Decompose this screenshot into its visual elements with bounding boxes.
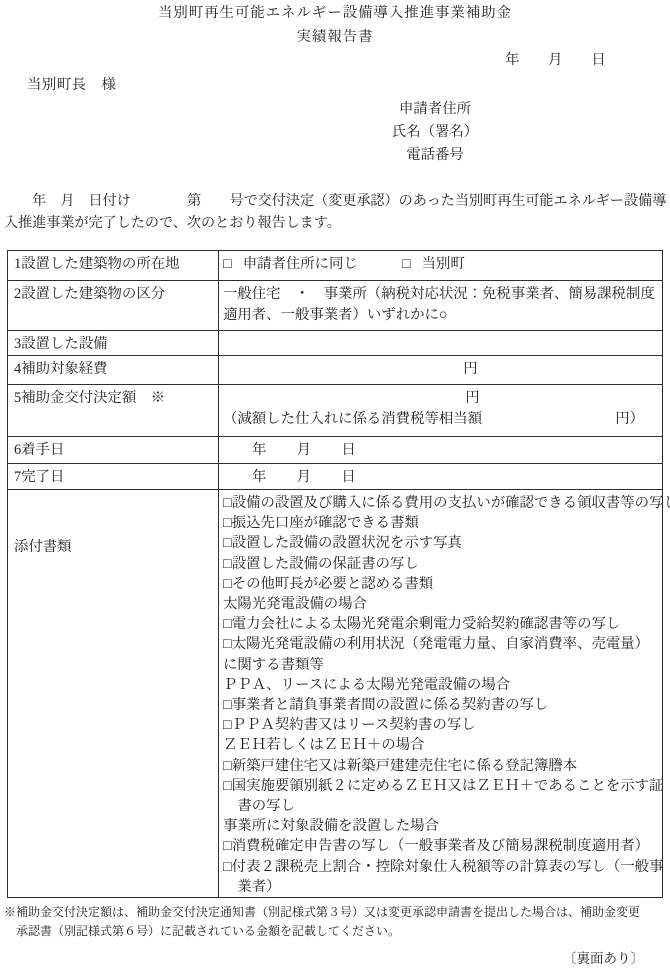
- row-value: □申請者住所に同じ□当別町: [219, 251, 662, 280]
- deduction-yen: 円）: [615, 409, 644, 430]
- row-label: 7完了日: [8, 464, 219, 489]
- row-label: 5補助金交付決定額 ※: [8, 385, 219, 436]
- attachment-line: □設備の設置及び購入に係る費用の支払いが確認できる領収書等の写し: [223, 493, 670, 513]
- table-row-location: 1設置した建築物の所在地 □申請者住所に同じ□当別町: [8, 251, 662, 281]
- applicant-block: 申請者住所 氏名（署名） 電話番号: [320, 98, 550, 167]
- attachment-line: □設置した設備の保証書の写し: [223, 554, 670, 574]
- table-row-grant-amount: 5補助金交付決定額 ※ 円 （減額した仕入れに係る消費税等相当額 円）: [8, 385, 662, 437]
- checkbox-icon: □: [223, 256, 232, 272]
- option-label-same-address: 申請者住所に同じ: [243, 256, 358, 272]
- attachment-line-continuation: 書の写し: [223, 796, 670, 816]
- checkbox-icon: □: [402, 256, 411, 272]
- row-value: 円 （減額した仕入れに係る消費税等相当額 円）: [219, 385, 662, 436]
- date-field: 年 月 日: [505, 50, 606, 71]
- attachment-line: □その他町長が必要と認める書類: [223, 574, 670, 594]
- footnote-line-1: ※補助金交付決定額は、補助金交付決定通知書（別記様式第３号）又は変更承認申請書を…: [4, 903, 668, 922]
- attachment-line: □国実施要領別紙２に定めるＺＥＨ又はＺＥＨ＋であることを示す証: [223, 776, 670, 796]
- applicant-name-label: 氏名（署名）: [320, 121, 550, 144]
- attachment-section-header: ＺＥＨ若しくはＺＥＨ＋の場合: [223, 735, 670, 755]
- addressee-line: 当別町長 様: [27, 75, 116, 96]
- completion-date-field: 年 月 日: [219, 464, 662, 489]
- table-row-attachments: 添付書類 □設備の設置及び購入に係る費用の支払いが確認できる領収書等の写し □振…: [8, 490, 662, 897]
- footnote-line-2: 承認書（別記様式第６号）に記載されている金額を記載してください。: [4, 922, 668, 941]
- attachment-line: □事業者と請負事業者間の設置に係る契約書の写し: [223, 695, 670, 715]
- attachment-line: □太陽光発電設備の利用状況（発電電力量、自家消費率、売電量）: [223, 634, 670, 654]
- deduction-label: （減額した仕入れに係る消費税等相当額: [223, 409, 482, 430]
- table-row-eligible-expense: 4補助対象経費 円: [8, 356, 662, 385]
- body-paragraph: 年 月 日付け 第 号で交付決定（変更承認）のあった当別町再生可能エネルギー設備…: [4, 191, 668, 234]
- attachment-line: □電力会社による太陽光発電余剰電力受給契約確認書等の写し: [223, 614, 670, 634]
- table-row-start-date: 6着手日 年 月 日: [8, 437, 662, 464]
- applicant-address-label: 申請者住所: [320, 98, 550, 121]
- backside-note: 〔裏面あり〕: [563, 948, 644, 969]
- table-row-equipment: 3設置した設備: [8, 331, 662, 356]
- attachment-line: □付表２課税売上割合・控除対象仕入税額等の計算表の写し（一般事: [223, 857, 670, 877]
- body-paragraph-line-1: 年 月 日付け 第 号で交付決定（変更承認）のあった当別町再生可能エネルギー設備…: [4, 191, 668, 213]
- attachment-line: □消費税確定申告書の写し（一般事業者及び簡易課税制度適用者）: [223, 836, 670, 856]
- attachment-line-continuation: 業者）: [223, 877, 670, 897]
- building-class-line-2: 適用者、一般事業者）いずれかに○: [223, 305, 658, 326]
- row-value-yen: 円: [219, 356, 662, 384]
- applicant-phone-label: 電話番号: [320, 144, 550, 167]
- form-subtitle: 実績報告書: [0, 27, 670, 48]
- form-title: 当別町再生可能エネルギー設備導入推進事業補助金: [0, 3, 670, 24]
- attachment-line: □振込先口座が確認できる書類: [223, 513, 670, 533]
- attachments-list: □設備の設置及び購入に係る費用の支払いが確認できる領収書等の写し □振込先口座が…: [219, 490, 670, 897]
- table-row-building-class: 2設置した建築物の区分 一般住宅 ・ 事業所（納税対応状況：免税事業者、簡易課税…: [8, 281, 662, 331]
- option-label-tobetsu: 当別町: [422, 256, 465, 272]
- grant-amount-yen: 円: [223, 388, 658, 409]
- row-label: 3設置した設備: [8, 331, 219, 355]
- attachment-line: □新築戸建住宅又は新築戸建建売住宅に係る登記簿謄本: [223, 756, 670, 776]
- row-label: 2設置した建築物の区分: [8, 281, 219, 330]
- row-label: 4補助対象経費: [8, 356, 219, 384]
- attachment-line: □ＰＰＡ契約書又はリース契約書の写し: [223, 715, 670, 735]
- row-label: 6着手日: [8, 437, 219, 463]
- start-date-field: 年 月 日: [219, 437, 662, 463]
- footnote: ※補助金交付決定額は、補助金交付決定通知書（別記様式第３号）又は変更承認申請書を…: [4, 903, 668, 941]
- body-paragraph-line-2: 入推進事業が完了したので、次のとおり報告します。: [4, 213, 668, 235]
- attachment-line: □設置した設備の設置状況を示す写真: [223, 533, 670, 553]
- table-row-completion-date: 7完了日 年 月 日: [8, 464, 662, 490]
- row-label: 1設置した建築物の所在地: [8, 251, 219, 280]
- row-value-empty: [219, 331, 662, 355]
- attachment-section-header: ＰＰＡ、リースによる太陽光発電設備の場合: [223, 675, 670, 695]
- building-class-line-1: 一般住宅 ・ 事業所（納税対応状況：免税事業者、簡易課税制度: [223, 284, 658, 305]
- row-label: 添付書類: [8, 490, 219, 897]
- attachment-section-header: 事業所に対象設備を設置した場合: [223, 816, 670, 836]
- attachment-line-continuation: に関する書類等: [223, 655, 670, 675]
- report-table: 1設置した建築物の所在地 □申請者住所に同じ□当別町 2設置した建築物の区分 一…: [7, 250, 663, 898]
- attachment-section-header: 太陽光発電設備の場合: [223, 594, 670, 614]
- document-page: 当別町再生可能エネルギー設備導入推進事業補助金 実績報告書 年 月 日 当別町長…: [0, 0, 670, 973]
- grant-amount-deduction-line: （減額した仕入れに係る消費税等相当額 円）: [223, 409, 658, 430]
- row-value: 一般住宅 ・ 事業所（納税対応状況：免税事業者、簡易課税制度 適用者、一般事業者…: [219, 281, 662, 330]
